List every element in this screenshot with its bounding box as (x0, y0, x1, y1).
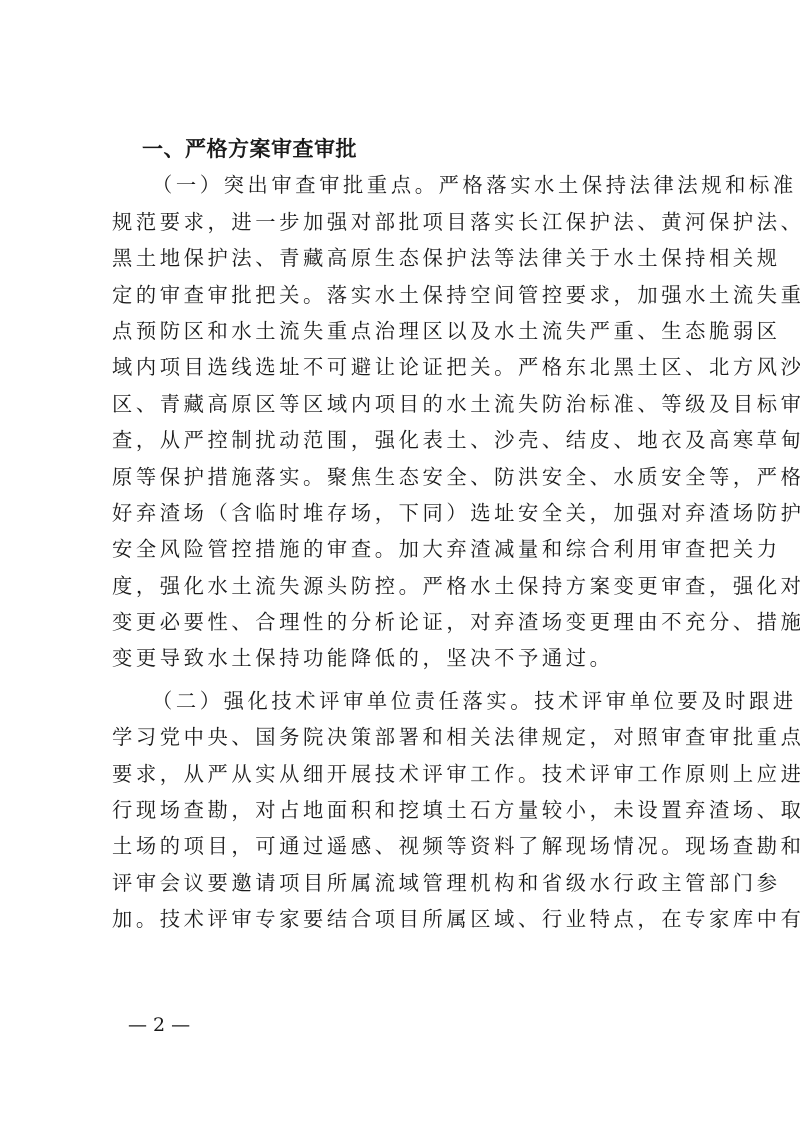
paragraph-line: 加。技术评审专家要结合项目所属区域、行业特点，在专家库中有 (112, 901, 690, 937)
paragraph-line: 定的审查审批把关。落实水土保持空间管控要求，加强水土流失重 (112, 277, 690, 313)
paragraph-line: 区、青藏高原区等区域内项目的水土流失防治标准、等级及目标审 (112, 386, 690, 422)
paragraph-line: 点预防区和水土流失重点治理区以及水土流失严重、生态脆弱区 (112, 313, 690, 349)
page-number: — 2 — (128, 1012, 190, 1038)
paragraph-line: （一）突出审查审批重点。严格落实水土保持法律法规和标准 (112, 167, 690, 203)
paragraph-line: 学习党中央、国务院决策部署和相关法律规定，对照审查审批重点 (112, 719, 690, 755)
document-body: 一、严格方案审查审批 （一）突出审查审批重点。严格落实水土保持法律法规和标准 规… (112, 131, 690, 938)
paragraph-line: 原等保护措施落实。聚焦生态安全、防洪安全、水质安全等，严格把 (112, 459, 690, 495)
paragraph-line: 变更导致水土保持功能降低的，坚决不予通过。 (112, 640, 690, 676)
paragraph-line: 好弃渣场（含临时堆存场，下同）选址安全关，加强对弃渣场防护及 (112, 495, 690, 531)
section-heading: 一、严格方案审查审批 (112, 131, 690, 167)
paragraph-line: 黑土地保护法、青藏高原生态保护法等法律关于水土保持相关规 (112, 240, 690, 276)
paragraph-line: 域内项目选线选址不可避让论证把关。严格东北黑土区、北方风沙 (112, 349, 690, 385)
paragraph-line: 规范要求，进一步加强对部批项目落实长江保护法、黄河保护法、 (112, 204, 690, 240)
paragraph-line: 土场的项目，可通过遥感、视频等资料了解现场情况。现场查勘和 (112, 828, 690, 864)
paragraph-line: 要求，从严从实从细开展技术评审工作。技术评审工作原则上应进 (112, 756, 690, 792)
paragraph-line: （二）强化技术评审单位责任落实。技术评审单位要及时跟进 (112, 683, 690, 719)
document-page: 一、严格方案审查审批 （一）突出审查审批重点。严格落实水土保持法律法规和标准 规… (0, 0, 800, 1135)
paragraph-line: 行现场查勘，对占地面积和挖填土石方量较小，未设置弃渣场、取 (112, 792, 690, 828)
paragraph-line: 评审会议要邀请项目所属流域管理机构和省级水行政主管部门参 (112, 865, 690, 901)
paragraph-2: （二）强化技术评审单位责任落实。技术评审单位要及时跟进 学习党中央、国务院决策部… (112, 683, 690, 938)
paragraph-line: 变更必要性、合理性的分析论证，对弃渣场变更理由不充分、措施 (112, 604, 690, 640)
paragraph-line: 查，从严控制扰动范围，强化表土、沙壳、结皮、地衣及高寒草甸、草 (112, 422, 690, 458)
paragraph-line: 安全风险管控措施的审查。加大弃渣减量和综合利用审查把关力 (112, 531, 690, 567)
paragraph-line: 度，强化水土流失源头防控。严格水土保持方案变更审查，强化对 (112, 568, 690, 604)
paragraph-1: （一）突出审查审批重点。严格落实水土保持法律法规和标准 规范要求，进一步加强对部… (112, 167, 690, 676)
